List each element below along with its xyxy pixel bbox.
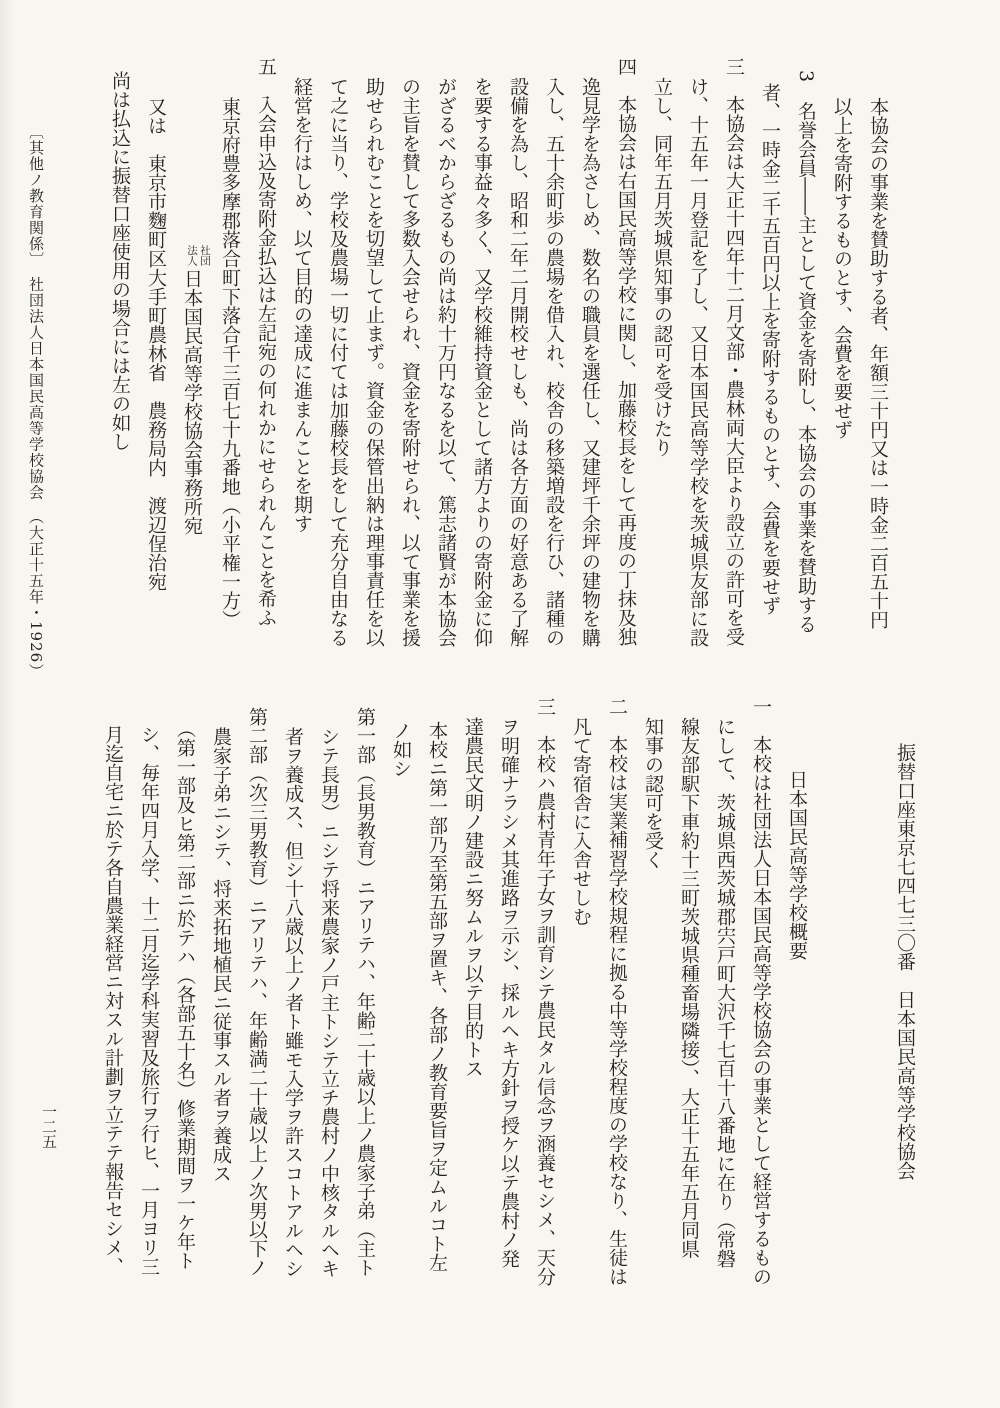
paragraph-association-office: 社団 法人日本国民高等学校協会事務所宛 — [174, 57, 212, 712]
paragraph-transfer-note: 尚は払込に振替口座使用の場合には左の如し — [102, 57, 138, 712]
paragraph-term-note: （第一部及ヒ第二部ニ於テハ（各部五十名）修業期間ヲ一ケ年ト シ、毎年四月入学、十… — [95, 697, 203, 1357]
paragraph-address-ministry: 又は 東京市麴町区大手町農林省 農務局内 渡辺侱治宛 — [138, 57, 174, 712]
paragraph-overview-2: 二 本校は実業補習学校規程に拠る中等学校程度の学校なり、生徒は 凡て寄宿舎に入舎… — [563, 697, 635, 1357]
paragraph-postal-account: 振替口座東京七四七三〇番 日本国民高等学校協会 — [887, 697, 923, 1357]
margin-caption: 〔其他ノ教育関係〕 社団法人日本国民高等学校協会 （大正十五年・1926） — [26, 124, 46, 724]
page-number: 一二五 — [40, 1104, 58, 1184]
paragraph-overview-3: 三 本校ハ農村青年子女ヲ訓育シテ農民タル信念ヲ涵養セシメ、天分 ヲ明確ナラシメ其… — [455, 697, 563, 1357]
paragraph-article-5: 五 入会申込及寄附金払込は左記宛の何れかにせられんことを希ふ — [248, 57, 284, 712]
paragraph-article-3: 三 本協会は大正十四年十二月文部・農林両大臣より設立の許可を受 け、十五年一月登… — [644, 57, 752, 712]
paragraph-supporting-member: 本協会の事業を賛助する者、年額三十円又は一時金二百五十円 以上を寄附するものとす… — [824, 57, 896, 712]
scanned-document-page: 本協会の事業を賛助する者、年額三十円又は一時金二百五十円 以上を寄附するものとす… — [0, 0, 1000, 1408]
section-heading-school-outline: 日本国民高等学校概要 — [779, 697, 815, 1357]
paragraph-department-1: 第一部（長男教育）ニアリテハ、年齢二十歳以上ノ農家子弟（主ト シテ長男）ニシテ将… — [275, 697, 383, 1357]
paragraph-department-2: 第二部（次三男教育）ニアリテハ、年齢満二十歳以上ノ次男以下ノ 農家子弟ニシテ、将… — [203, 697, 275, 1357]
paragraph-article-4: 四 本協会は右国民高等学校に関し、加藤校長をして再度の丁抹及独 逸見学を為さしめ… — [284, 57, 644, 712]
paragraph-departments-intro: 本校ニ第一部乃至第五部ヲ置キ、各部ノ教育要旨ヲ定ムルコト左 ノ如シ — [383, 697, 455, 1357]
paragraph-overview-1: 一 本校は社団法人日本国民高等学校協会の事業として経営するもの にして、茨城県西… — [635, 697, 779, 1357]
corporate-entity-label: 社団 法人 — [185, 245, 211, 266]
association-articles-block: 本協会の事業を賛助する者、年額三十円又は一時金二百五十円 以上を寄附するものとす… — [102, 57, 896, 712]
paragraph-address-tokyo: 東京府豊多摩郡落合町下落合千三百七十九番地（小平権一方） — [212, 57, 248, 712]
paragraph-honorary-member: 3 名誉会員――主として資金を寄附し、本協会の事業を賛助する 者、一時金二千五百… — [752, 57, 824, 712]
office-address-text: 日本国民高等学校協会事務所宛 — [181, 269, 203, 535]
school-overview-block: 振替口座東京七四七三〇番 日本国民高等学校協会 日本国民高等学校概要 一 本校は… — [95, 697, 923, 1357]
